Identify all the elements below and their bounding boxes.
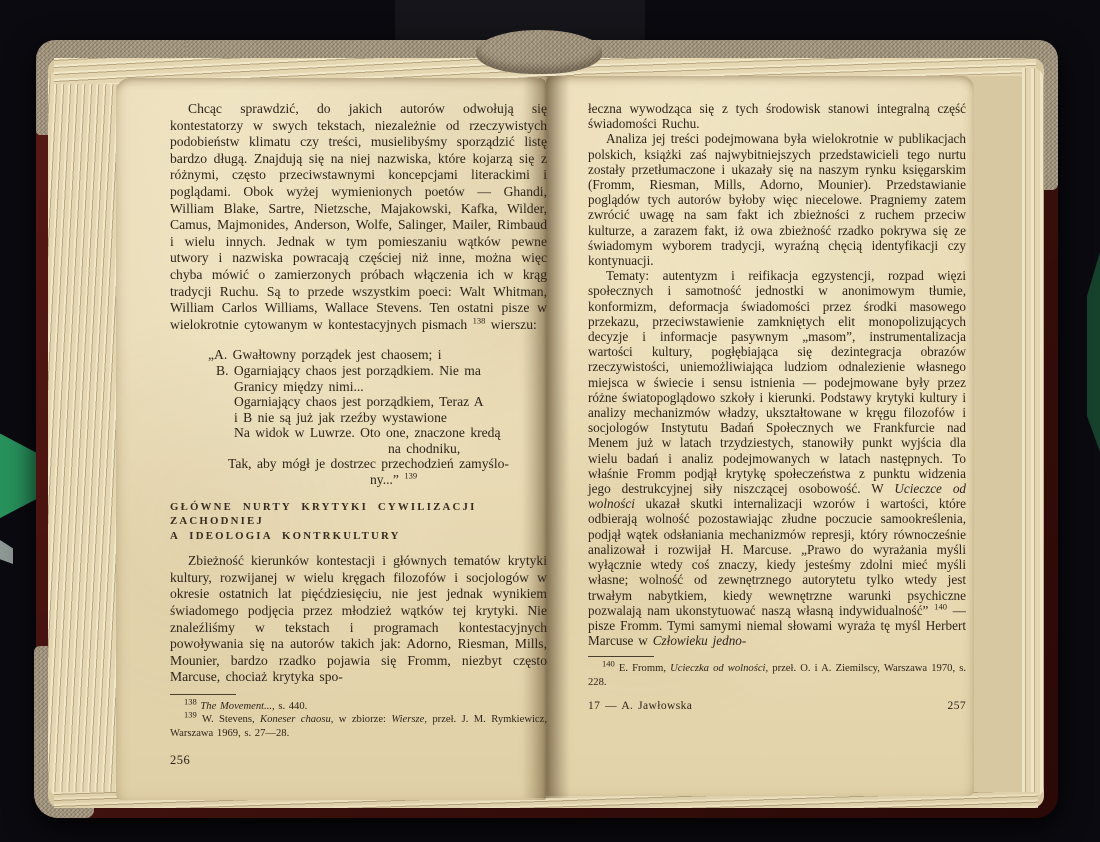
verse-line: Ogarniający chaos jest porządkiem, Teraz…	[170, 394, 547, 410]
left-footnotes: 138 The Movement..., s. 440. 139 W. Stev…	[170, 700, 547, 740]
cloth-spine-bump	[476, 30, 602, 74]
right-continued-paragraph: łeczna wywodząca się z tych środowisk st…	[588, 101, 966, 131]
right-page-number: 257	[948, 699, 966, 714]
footnote-rule	[170, 694, 236, 695]
footnote-139: 139 W. Stevens, Koneser chaosu, w zbiorz…	[170, 713, 547, 740]
footnote-rule	[588, 656, 654, 657]
stevens-verse-quote: „A. Gwałtowny porządek jest chaosem; i B…	[170, 347, 547, 487]
right-page-text-column: łeczna wywodząca się z tych środowisk st…	[588, 101, 966, 714]
left-page-number: 256	[170, 752, 547, 769]
page-edges-right	[1022, 68, 1044, 798]
right-paragraph-analiza: Analiza jej treści podejmowana była wiel…	[588, 131, 966, 268]
right-page-footer: 17 — A. Jawłowska 257	[588, 699, 966, 714]
left-second-paragraph: Zbieżność kierunków kontestacji i główny…	[170, 553, 547, 686]
right-paragraph-tematy: Tematy: autentyzm i reifikacja egzystenc…	[588, 268, 966, 648]
verse-line: B. Ogarniający chaos jest porządkiem. Ni…	[170, 363, 547, 379]
verse-line: i B nie są już jak rzeźby wystawione	[170, 410, 547, 426]
right-footnotes: 140 E. Fromm, Ucieczka od wolności, prze…	[588, 662, 966, 689]
verse-line: Tak, aby mógł je dostrzec przechodzień z…	[170, 456, 547, 472]
footnote-140: 140 E. Fromm, Ucieczka od wolności, prze…	[588, 662, 966, 689]
green-object-right	[1087, 252, 1100, 452]
section-heading-line2: A IDEOLOGIA KONTRKULTURY	[170, 529, 547, 544]
gray-sliver-left	[0, 540, 13, 564]
section-heading: GŁÓWNE NURTY KRYTYKI CYWILIZACJI ZACHODN…	[170, 500, 547, 544]
left-page-text-column: Chcąc sprawdzić, do jakich autorów odwoł…	[170, 101, 547, 769]
page-edges-left	[48, 70, 116, 796]
left-body-paragraph: Chcąc sprawdzić, do jakich autorów odwoł…	[170, 101, 547, 333]
verse-line: na chodniku,	[170, 441, 547, 457]
verse-line: Na widok w Luwrze. Oto one, znaczone kre…	[170, 425, 547, 441]
page-edges-top-right	[574, 58, 1036, 76]
printer-signature: 17 — A. Jawłowska	[588, 699, 692, 714]
section-heading-line1: GŁÓWNE NURTY KRYTYKI CYWILIZACJI ZACHODN…	[170, 500, 547, 529]
verse-line: ny...” 139	[170, 472, 547, 488]
verse-line: „A. Gwałtowny porządek jest chaosem; i	[170, 347, 547, 363]
book-photo-scene: Chcąc sprawdzić, do jakich autorów odwoł…	[0, 0, 1100, 842]
verse-line: Granicy między nimi...	[170, 379, 547, 395]
footnote-138: 138 The Movement..., s. 440.	[170, 700, 547, 713]
